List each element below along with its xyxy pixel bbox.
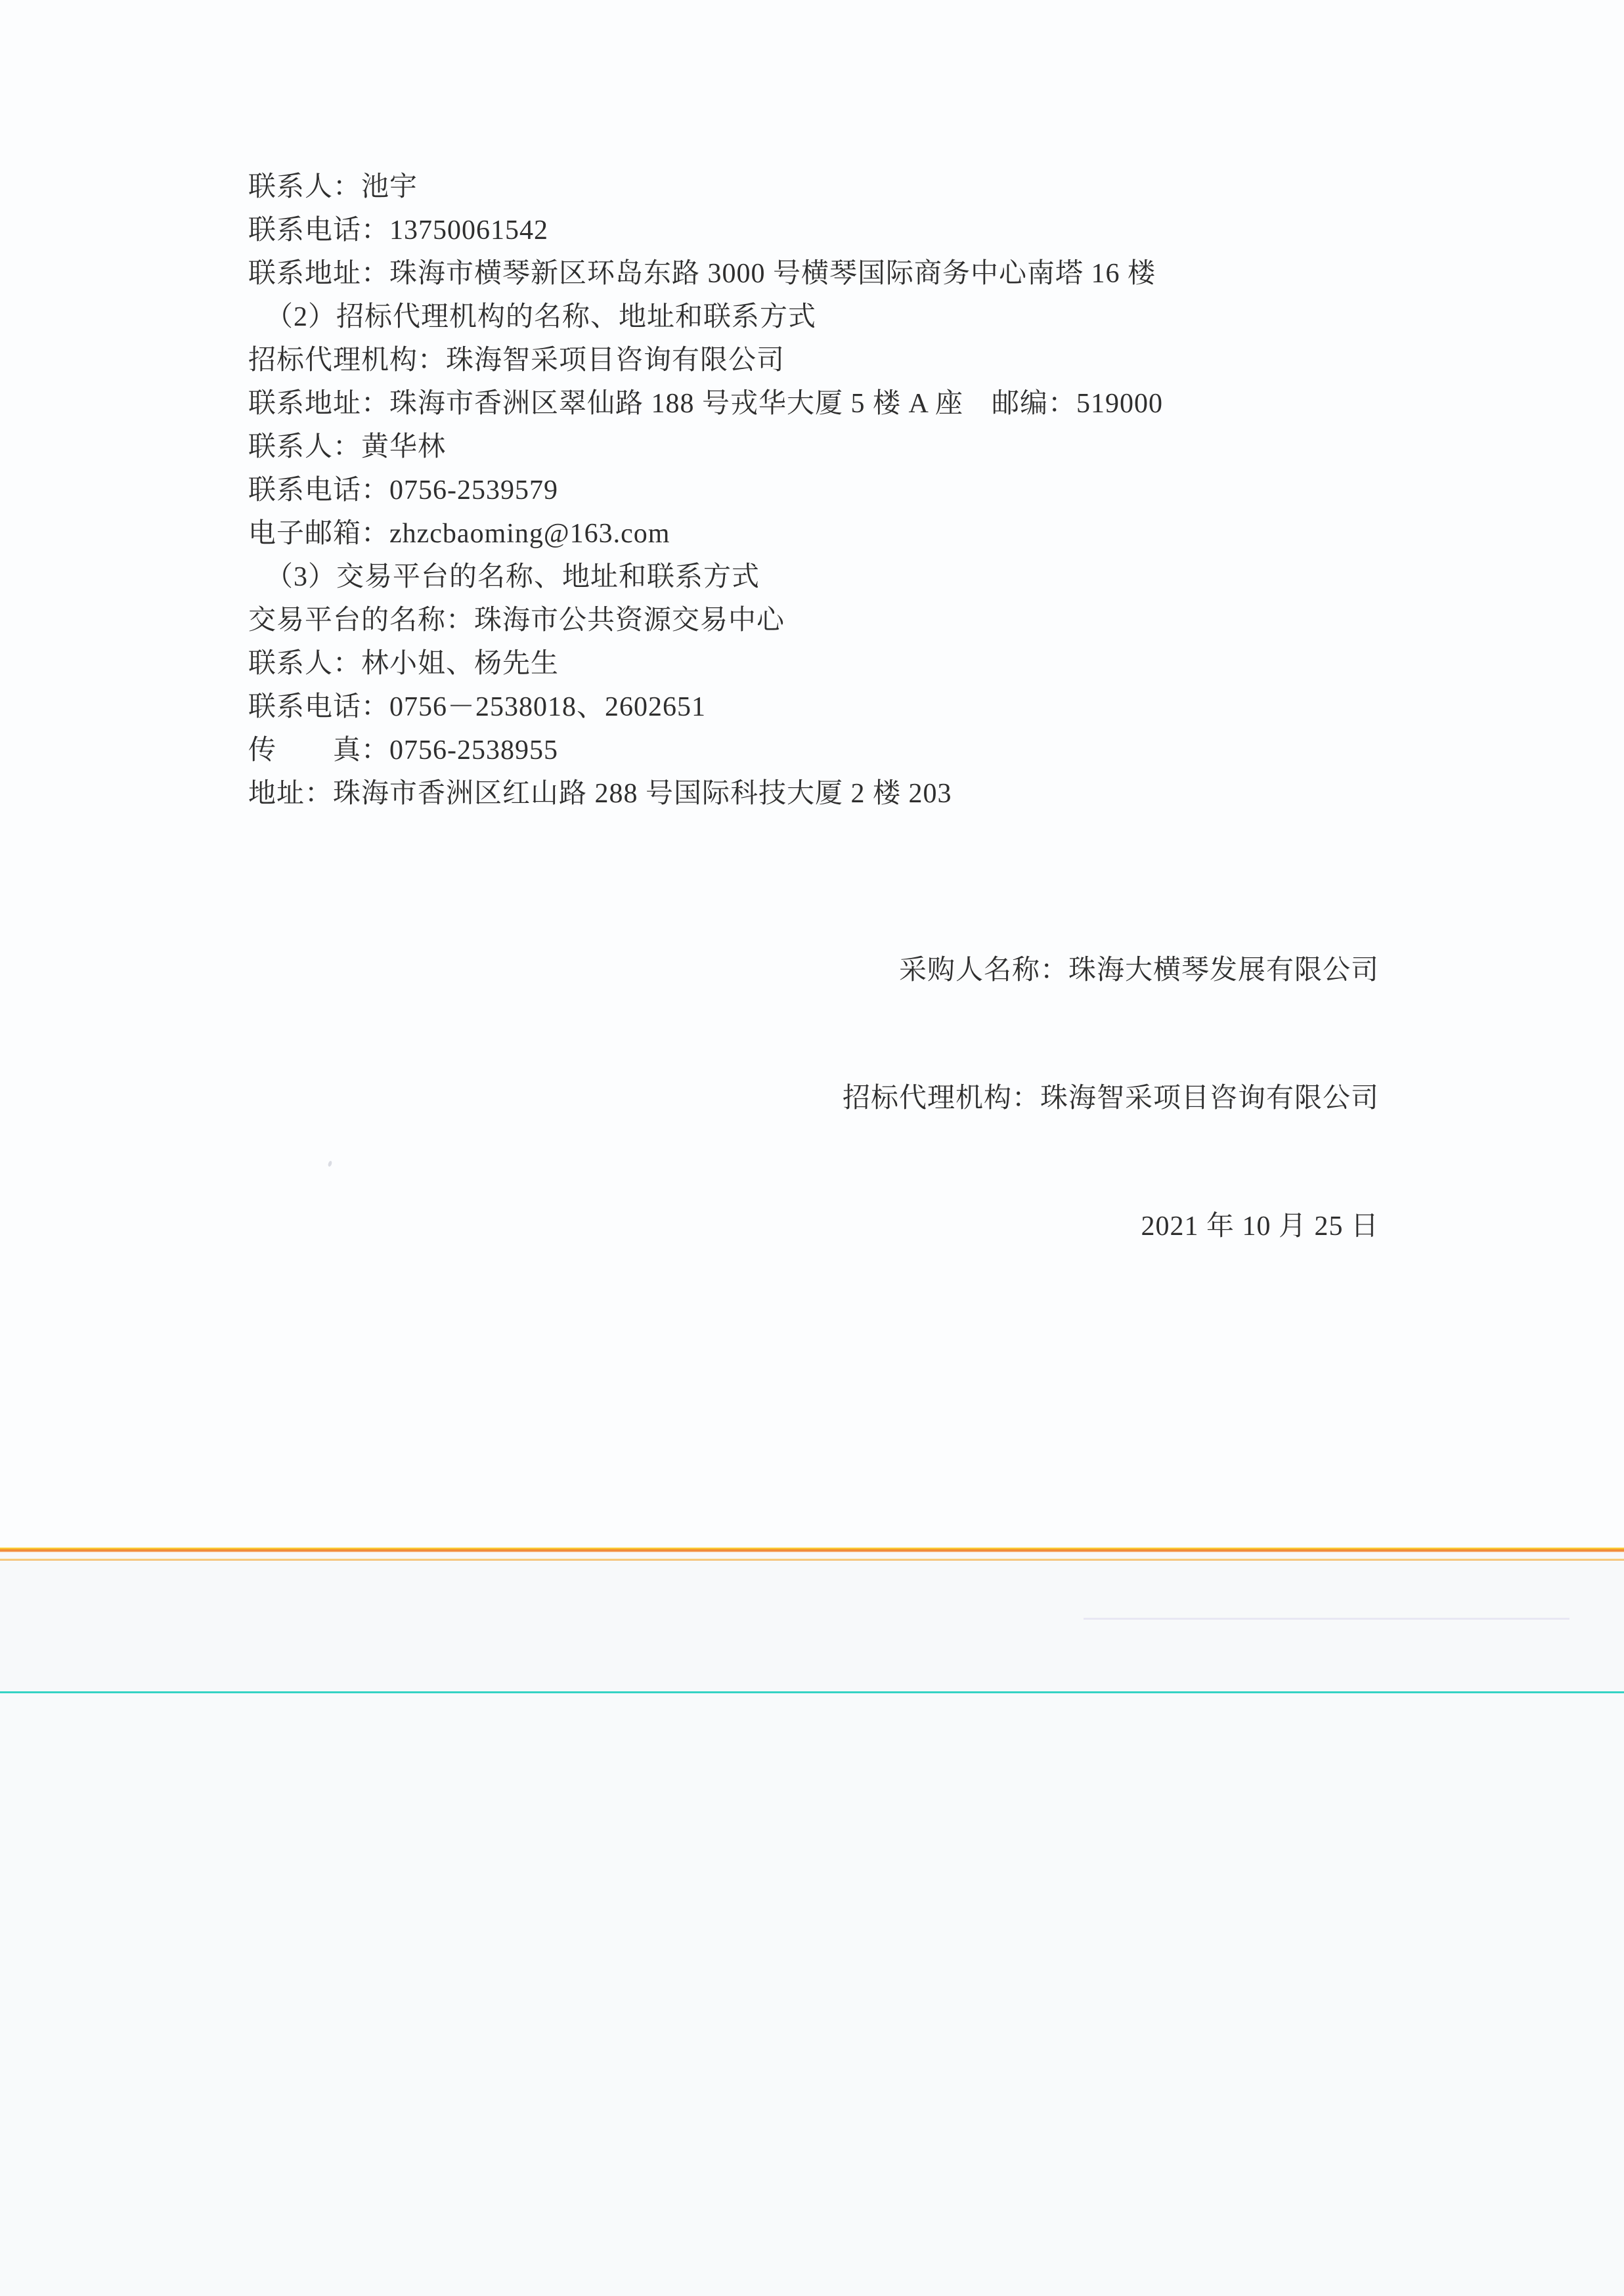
doc-line-agency-email: 电子邮箱：zhzcbaoming@163.com [248, 512, 1430, 555]
doc-line-contact-phone: 联系电话：13750061542 [248, 209, 1430, 252]
signature-date: 2021 年 10 月 25 日 [843, 1205, 1379, 1248]
document-body: 联系人：池宇 联系电话：13750061542 联系地址：珠海市横琴新区环岛东路… [248, 165, 1430, 815]
signature-purchaser: 采购人名称：珠海大横琴发展有限公司 [843, 949, 1379, 992]
doc-line-agency-phone: 联系电话：0756-2539579 [248, 469, 1430, 512]
orange-divider-line [0, 1548, 1624, 1552]
gold-divider-line [0, 1559, 1624, 1561]
doc-line-agency-address: 联系地址：珠海市香洲区翠仙路 188 号戎华大厦 5 楼 A 座 邮编：5190… [248, 382, 1430, 425]
scanned-document-page: 联系人：池宇 联系电话：13750061542 联系地址：珠海市横琴新区环岛东路… [0, 0, 1624, 2296]
doc-line-section-2-heading: （2）招标代理机构的名称、地址和联系方式 [248, 295, 1430, 339]
doc-line-contact-address: 联系地址：珠海市横琴新区环岛东路 3000 号横琴国际商务中心南塔 16 楼 [248, 252, 1430, 295]
teal-divider-line [0, 1691, 1624, 1693]
scan-tone-band-middle [0, 1552, 1624, 1691]
doc-line-platform-phone: 联系电话：0756－2538018、2602651 [248, 685, 1430, 729]
doc-line-platform-address: 地址：珠海市香洲区红山路 288 号国际科技大厦 2 楼 203 [248, 772, 1430, 815]
doc-line-platform-contact-person: 联系人：林小姐、杨先生 [248, 642, 1430, 685]
signature-agency: 招标代理机构：珠海智采项目咨询有限公司 [843, 1077, 1379, 1120]
doc-line-contact-person: 联系人：池宇 [248, 165, 1430, 209]
doc-line-platform-fax: 传 真：0756-2538955 [248, 729, 1430, 772]
signature-block: 采购人名称：珠海大横琴发展有限公司 招标代理机构：珠海智采项目咨询有限公司 20… [843, 864, 1379, 1333]
doc-line-platform-name: 交易平台的名称：珠海市公共资源交易中心 [248, 599, 1430, 642]
scan-tone-band-bottom [0, 1693, 1624, 2296]
doc-line-section-3-heading: （3）交易平台的名称、地址和联系方式 [248, 555, 1430, 599]
doc-line-agency-contact-person: 联系人：黄华林 [248, 425, 1430, 469]
scan-speck [328, 1160, 333, 1167]
scan-artifact-line [1084, 1618, 1569, 1620]
doc-line-agency-name: 招标代理机构：珠海智采项目咨询有限公司 [248, 339, 1430, 382]
